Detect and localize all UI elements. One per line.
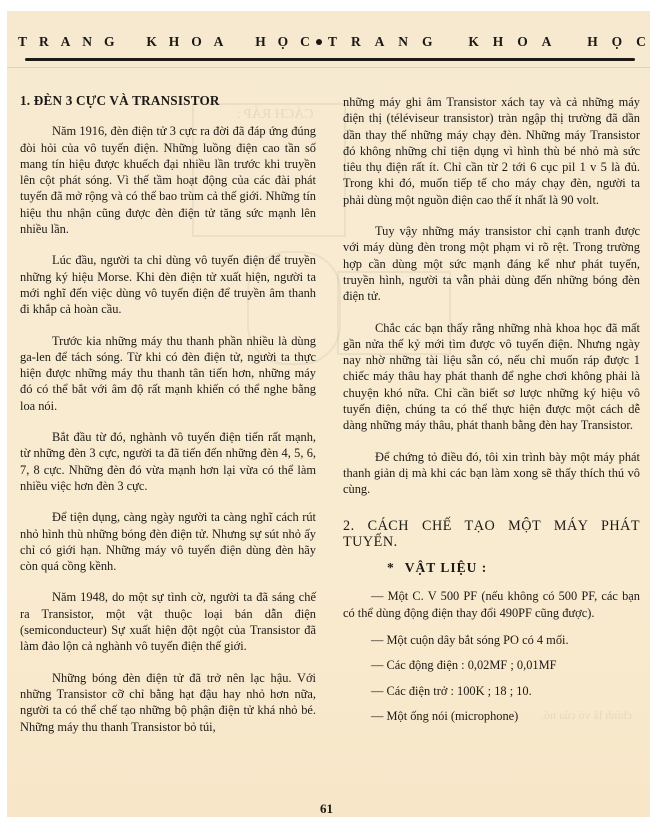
paragraph-continued: những máy ghi âm Transistor xách tay và … bbox=[343, 94, 640, 208]
running-head-letter: K bbox=[146, 34, 157, 50]
running-head-letter: H bbox=[587, 34, 598, 50]
section-1-heading: 1. ĐÈN 3 CỰC VÀ TRANSISTOR bbox=[20, 93, 316, 109]
running-head: TRANGKHOAHỌC TRANGKHOAHỌC bbox=[18, 32, 646, 52]
running-head-letter: Ọ bbox=[278, 34, 289, 50]
running-head-letter: H bbox=[255, 34, 266, 50]
running-head-letter: Ọ bbox=[612, 34, 623, 50]
paragraph: Năm 1916, đèn điện tử 3 cực ra đời đã đá… bbox=[20, 123, 316, 237]
running-head-letter: G bbox=[104, 34, 115, 50]
running-head-letter: N bbox=[82, 34, 92, 50]
material-item: — Một ống nói (microphone) bbox=[343, 708, 640, 724]
running-head-letter: T bbox=[18, 34, 27, 50]
running-head-letter: O bbox=[191, 34, 202, 50]
running-head-letter: A bbox=[214, 34, 224, 50]
running-head-letter: A bbox=[375, 34, 385, 50]
paragraph: Tuy vậy những máy transistor chỉ cạnh tr… bbox=[343, 223, 640, 304]
running-head-letter: R bbox=[351, 34, 361, 50]
paragraph: Chắc các bạn thấy rằng những nhà khoa họ… bbox=[343, 320, 640, 434]
running-head-letter: H bbox=[169, 34, 180, 50]
running-head-letter: O bbox=[517, 34, 528, 50]
section-2-heading: 2. CÁCH CHẾ TẠO MỘT MÁY PHÁT TUYẾN. bbox=[343, 518, 640, 551]
material-item: — Một cuộn dây bắt sóng PO có 4 mối. bbox=[343, 632, 640, 648]
paragraph: Lúc đầu, người ta chỉ dùng vô tuyến điện… bbox=[20, 252, 316, 317]
word-gap bbox=[126, 34, 134, 50]
material-item: — Một C. V 500 PF (nếu không có 500 PF, … bbox=[343, 588, 640, 621]
header-rule bbox=[25, 58, 635, 61]
paragraph: Bắt đầu từ đó, nghành vô tuyến điện tiến… bbox=[20, 429, 316, 494]
paragraph: Để chứng tỏ điều đó, tôi xin trình bày m… bbox=[343, 449, 640, 498]
running-head-letter: C bbox=[300, 34, 310, 50]
running-head-letter: K bbox=[468, 34, 479, 50]
materials-subheading-text: VẬT LIỆU : bbox=[405, 560, 488, 575]
running-head-letter: N bbox=[398, 34, 408, 50]
left-column: 1. ĐÈN 3 CỰC VÀ TRANSISTOR Năm 1916, đèn… bbox=[20, 93, 316, 750]
right-column: những máy ghi âm Transistor xách tay và … bbox=[343, 94, 640, 733]
running-head-letter: C bbox=[636, 34, 646, 50]
word-gap bbox=[235, 34, 243, 50]
magazine-page: CÁCH RÁP : chính là vỏ của nó. TRANGKHOA… bbox=[7, 11, 650, 817]
running-head-letter: R bbox=[39, 34, 49, 50]
running-head-letter: T bbox=[328, 34, 337, 50]
asterisk-icon: * bbox=[387, 560, 395, 575]
paragraph: Những bóng đèn điện tử đã trở nên lạc hậ… bbox=[20, 670, 316, 735]
materials-subheading: *VẬT LIỆU : bbox=[387, 560, 640, 576]
paragraph: Năm 1948, do một sự tình cờ, người ta đã… bbox=[20, 589, 316, 654]
paragraph: Để tiện dụng, càng ngày người ta càng ng… bbox=[20, 509, 316, 574]
material-item: — Các điện trở : 100K ; 18 ; 10. bbox=[343, 683, 640, 699]
header-thin-rule bbox=[7, 67, 650, 68]
word-gap bbox=[565, 34, 573, 50]
running-head-letter: H bbox=[493, 34, 504, 50]
bullet-dot-icon bbox=[316, 39, 322, 45]
running-head-right: TRANGKHOAHỌC bbox=[328, 34, 646, 50]
page-number: 61 bbox=[320, 801, 333, 817]
running-head-left: TRANGKHOAHỌC bbox=[18, 34, 310, 50]
running-head-letter: A bbox=[61, 34, 71, 50]
running-head-letter: G bbox=[422, 34, 433, 50]
material-item: — Các động điện : 0,02MF ; 0,01MF bbox=[343, 657, 640, 673]
word-gap bbox=[446, 34, 454, 50]
running-head-letter: A bbox=[542, 34, 552, 50]
paragraph: Trước kia những máy thu thanh phần nhiều… bbox=[20, 333, 316, 414]
